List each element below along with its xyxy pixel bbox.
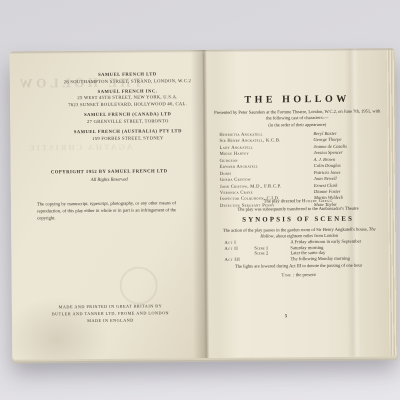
- copyright-line: COPYRIGHT 1952 BY SAMUEL FRENCH LTD: [41, 168, 178, 177]
- publisher-imprint: SAMUEL FRENCH LTD 26 SOUTHAMPTON STREET,…: [62, 71, 194, 143]
- character-name: Henrietta Angkatell: [219, 131, 313, 137]
- act-label: Act III: [224, 256, 254, 262]
- actor-name: A. J. Brown: [314, 156, 378, 162]
- imprint-line: 26 SOUTHAMPTON STREET, STRAND, LONDON, W…: [62, 78, 193, 86]
- cast-row: Henrietta AngkatellBeryl Baxter: [219, 130, 377, 137]
- time-label: Time :: [281, 272, 294, 277]
- character-name: Doris: [220, 170, 314, 176]
- actor-name: Colin Douglas: [314, 163, 378, 169]
- actor-name: Jeanne de Casalis: [313, 143, 377, 149]
- synopsis-outro: , about eighteen miles from London: [274, 233, 339, 239]
- right-page: THE HOLLOW Presented by Peter Saunders a…: [203, 48, 398, 358]
- cast-row: Veronica CrayeDianne Foster: [220, 188, 378, 195]
- photo-background: THE HOLLOW AGATHA CHRISTIE SAMUEL FRENCH…: [0, 0, 400, 400]
- actor-name: Jessica Spencer: [314, 150, 378, 156]
- cast-row: Edward AngkatellColin Douglas: [220, 163, 378, 170]
- synopsis-intro: The action of the play passes in the gar…: [223, 227, 369, 233]
- open-book: THE HOLLOW AGATHA CHRISTIE SAMUEL FRENCH…: [10, 48, 398, 359]
- printer-line: MADE IN ENGLAND: [42, 316, 179, 324]
- synopsis-heading: SYNOPSIS OF SCENES: [214, 215, 382, 223]
- copying-warning: The copying by manuscript, typescript, p…: [37, 200, 176, 221]
- acts-table: Act IA Friday afternoon in early Septemb…: [224, 238, 376, 262]
- production-note: Presented by Peter Saunders at the Fortu…: [213, 108, 381, 122]
- actor-name: Patricia Jones: [314, 169, 378, 175]
- scene-label: [254, 256, 290, 262]
- act-description: The following Monday morning: [290, 255, 376, 261]
- character-name: Midge Harvey: [220, 150, 314, 156]
- cast-row: GudgeonA. J. Brown: [220, 156, 378, 163]
- time-value: the present: [295, 272, 316, 277]
- show-through-author: AGATHA CHRISTIE: [16, 143, 143, 153]
- actor-name: Ernest Clark: [314, 182, 378, 188]
- character-name: John Cristow, M.D., F.R.C.P.: [220, 183, 314, 189]
- character-name: Edward Angkatell: [220, 163, 314, 169]
- page-number: 5: [205, 313, 367, 319]
- imprint-line: 27 GRENVILLE STREET, TORONTO: [62, 118, 193, 126]
- show-through-ornament: [120, 266, 158, 304]
- cast-row: Gerda CristowJoan Newell: [220, 176, 378, 183]
- imprint-line: 7623 SUNSET BOULEVARD, HOLLYWOOD 46, CAL…: [62, 101, 193, 109]
- character-name: Sir Henry Angkatell, K.C.B.: [219, 137, 313, 143]
- page-edges-right: [387, 49, 398, 355]
- cast-row: John Cristow, M.D., F.R.C.P.Ernest Clark: [220, 182, 378, 189]
- character-name: Lady Angkatell: [219, 144, 313, 150]
- director-name: Hubert Gregg: [302, 198, 332, 203]
- rights-line: All Rights Reserved: [41, 176, 178, 185]
- director-credit-prefix: The play directed by: [264, 198, 302, 203]
- cast-row: DorisPatricia Jones: [220, 169, 378, 176]
- character-name: Veronica Craye: [220, 189, 314, 195]
- book-gutter: [191, 50, 220, 358]
- actor-name: George Thorpe: [313, 137, 377, 143]
- left-page: THE HOLLOW AGATHA CHRISTIE SAMUEL FRENCH…: [10, 50, 206, 360]
- cast-row: Lady AngkatellJeanne de Casalis: [219, 143, 377, 150]
- imprint-line: 159 FORBES STREET, SYDNEY: [62, 135, 193, 143]
- printer-colophon: MADE AND PRINTED IN GREAT BRITAIN BY BUT…: [42, 302, 179, 325]
- character-name: Gerda Cristow: [220, 176, 314, 182]
- cast-row: Sir Henry Angkatell, K.C.B.George Thorpe: [219, 137, 377, 144]
- character-name: Gudgeon: [220, 157, 314, 163]
- actor-name: Joan Newell: [314, 176, 378, 182]
- actor-name: Dianne Foster: [314, 188, 378, 194]
- actor-name: Beryl Baxter: [313, 130, 377, 136]
- cast-row: Midge HarveyJessica Spencer: [220, 150, 378, 157]
- play-title: THE HOLLOW: [213, 93, 381, 105]
- copyright-notice: COPYRIGHT 1952 BY SAMUEL FRENCH LTD All …: [41, 168, 178, 184]
